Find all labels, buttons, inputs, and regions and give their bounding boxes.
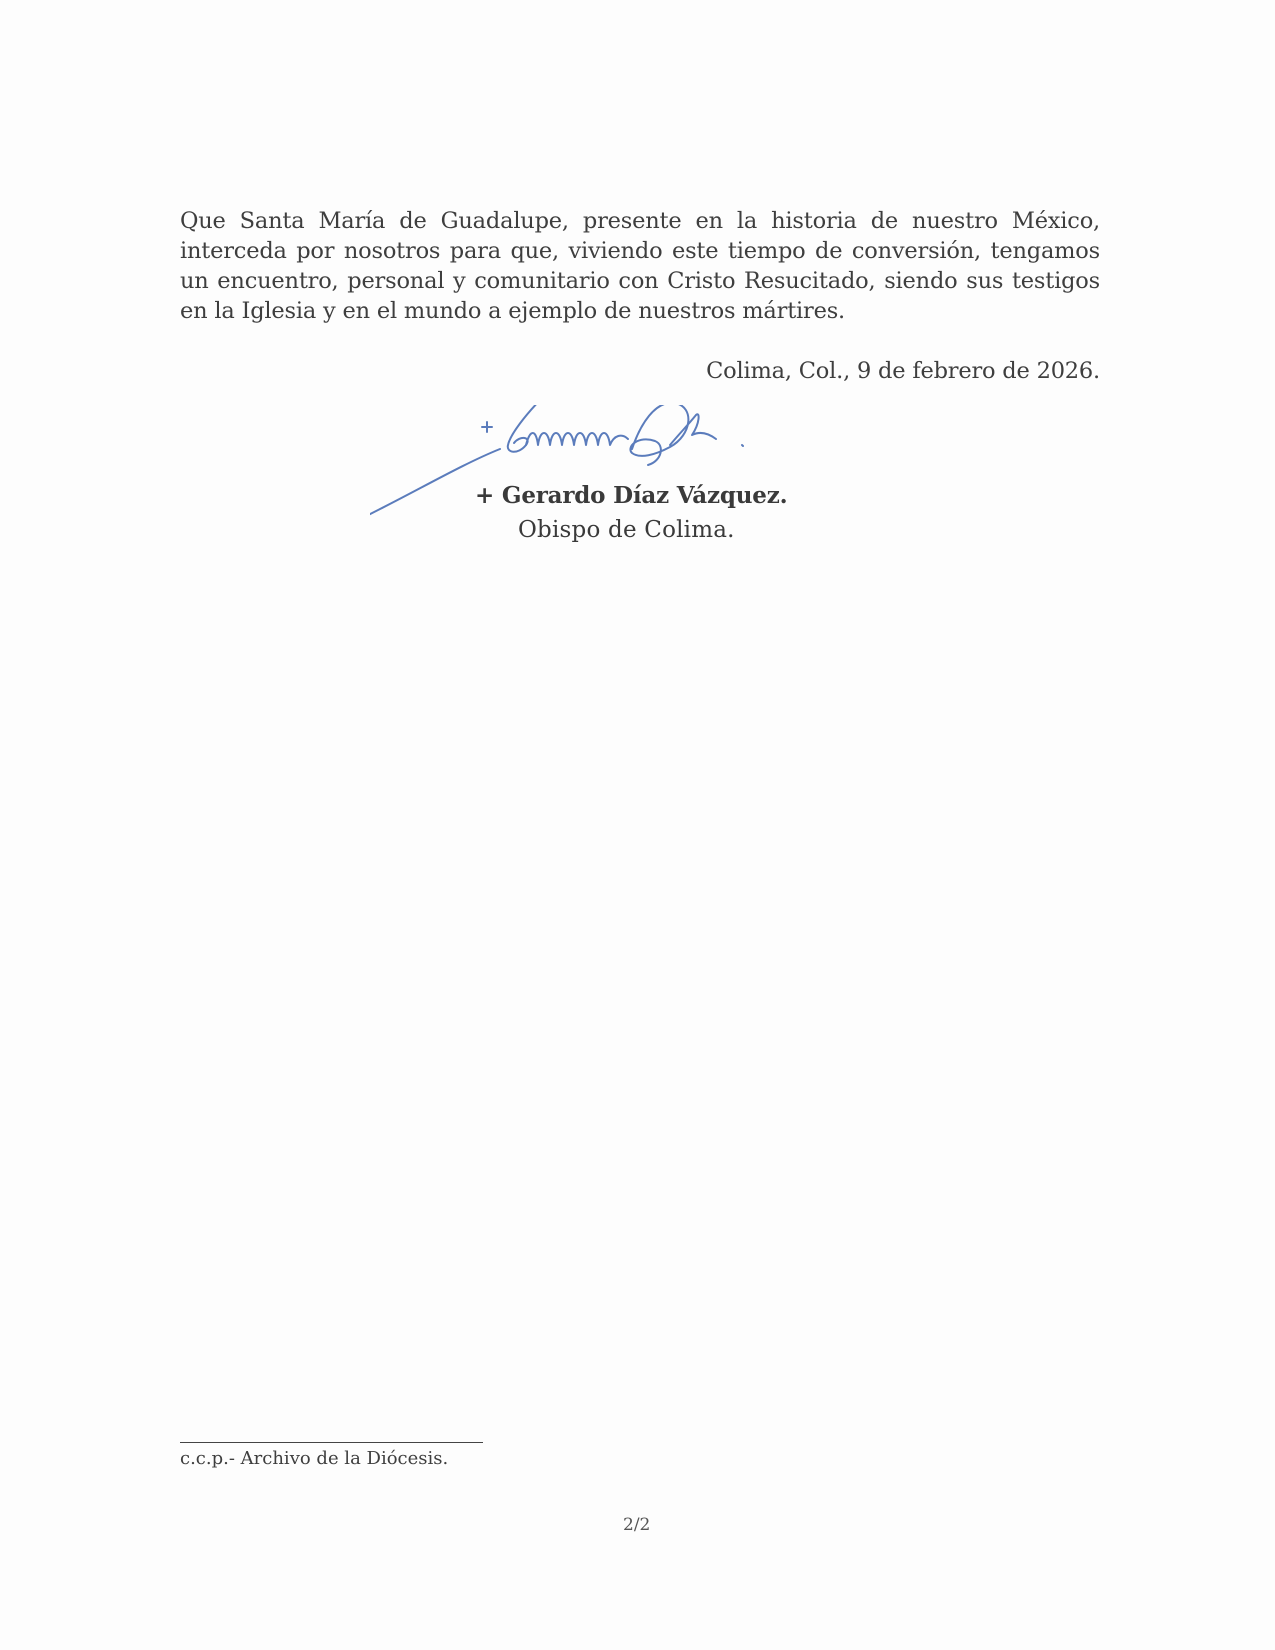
signer-title: Obispo de Colima. bbox=[518, 515, 735, 545]
paragraph-line: un encuentro, personal y comunitario con… bbox=[180, 266, 1100, 296]
paragraph-line: en la Iglesia y en el mundo a ejemplo de… bbox=[180, 296, 1100, 326]
paragraph-line: interceda por nosotros para que, viviend… bbox=[180, 236, 1100, 266]
signer-name: + Gerardo Díaz Vázquez. bbox=[475, 481, 787, 511]
closing-paragraph: Que Santa María de Guadalupe, presente e… bbox=[180, 206, 1100, 326]
carbon-copy-note: c.c.p.- Archivo de la Diócesis. bbox=[180, 1446, 448, 1472]
page-number: 2/2 bbox=[623, 1514, 650, 1536]
footnote-divider bbox=[180, 1442, 483, 1443]
paragraph-line: Que Santa María de Guadalupe, presente e… bbox=[180, 206, 1100, 236]
place-and-date: Colima, Col., 9 de febrero de 2026. bbox=[706, 356, 1100, 386]
document-page: Que Santa María de Guadalupe, presente e… bbox=[0, 0, 1275, 1650]
